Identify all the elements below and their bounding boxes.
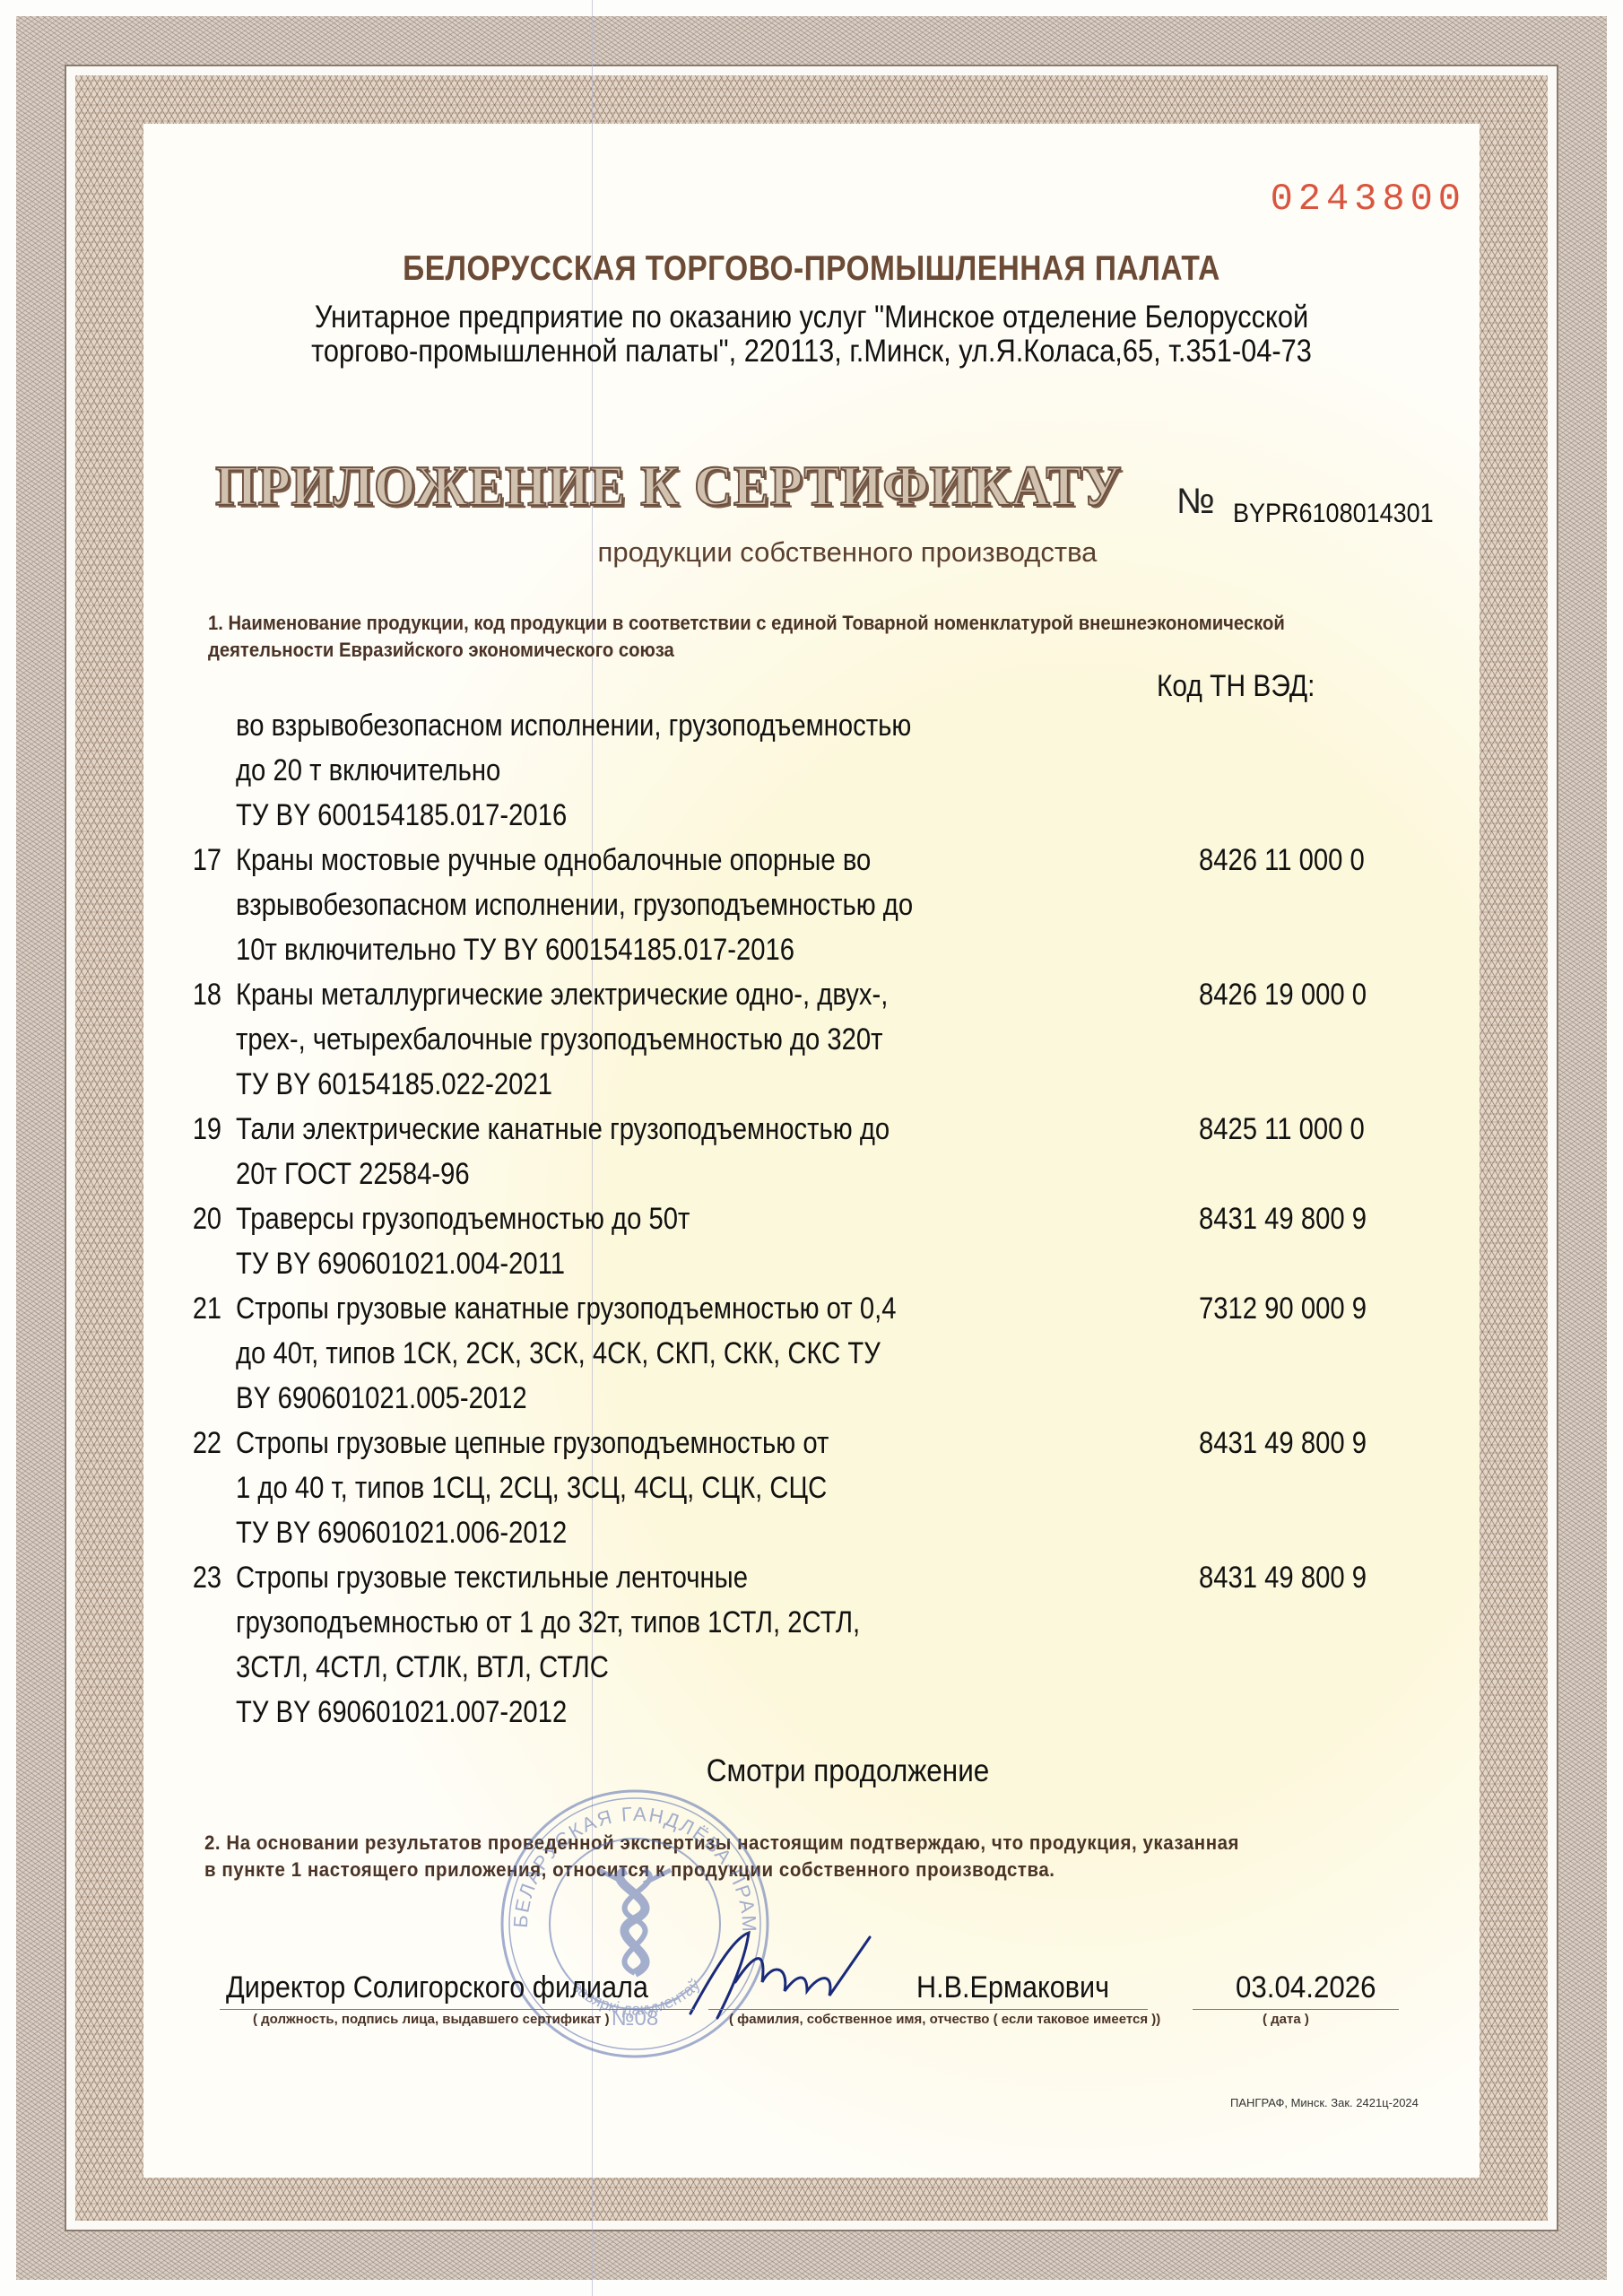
item-description-line: во взрывобезопасном исполнении, грузопод… (236, 703, 791, 748)
item-description-line: до 20 т включительно (236, 748, 791, 793)
product-item: 17Краны мостовые ручные однобалочные опо… (184, 838, 1439, 972)
item-description-line: 20т ГОСТ 22584-96 (236, 1152, 791, 1196)
item-number: 22 (189, 1421, 221, 1465)
item-description-line: Траверсы грузоподъемностью до 50т (236, 1196, 791, 1241)
item-description-line: ТУ BY 690601021.006-2012 (236, 1510, 791, 1555)
certificate-number: BYPR6108014301 (1233, 499, 1434, 529)
item-description-line: Тали электрические канатные грузоподъемн… (236, 1107, 791, 1152)
printer-imprint: ПАНГРАФ, Минск. Зак. 2421ц-2024 (1230, 2096, 1419, 2109)
item-number: 19 (189, 1107, 221, 1152)
item-description: во взрывобезопасном исполнении, грузопод… (236, 703, 791, 838)
item-description-line: грузоподъемностью от 1 до 32т, типов 1СТ… (236, 1600, 791, 1645)
item-description-line: ТУ BY 60154185.022-2021 (236, 1062, 791, 1107)
item-description: Стропы грузовые канатные грузоподъемност… (236, 1286, 791, 1421)
item-description: Траверсы грузоподъемностью до 50тТУ BY 6… (236, 1196, 791, 1286)
serial-number: 0243800 (1271, 178, 1466, 221)
item-hs-code: 8425 11 000 0 (1199, 1107, 1365, 1152)
document-title: ПРИЛОЖЕНИЕ К СЕРТИФИКАТУ (215, 453, 1123, 519)
item-hs-code: 8431 49 800 9 (1199, 1421, 1367, 1465)
item-number: 21 (189, 1286, 221, 1331)
hs-code-header: Код ТН ВЭД: (1157, 669, 1315, 704)
item-description-line: трех-, четырехбалочные грузоподъемностью… (236, 1017, 791, 1062)
section1-heading: 1. Наименование продукции, код продукции… (208, 610, 1330, 664)
item-number: 23 (189, 1555, 221, 1600)
product-item: 23Стропы грузовые текстильные ленточныег… (184, 1555, 1439, 1735)
caption-date: ( дата ) (1263, 2012, 1309, 2027)
item-description: Краны металлургические электрические одн… (236, 972, 791, 1107)
section2-line1: 2. На основании результатов проведенной … (204, 1830, 1339, 1857)
number-sign: № (1176, 482, 1215, 522)
caption-name: ( фамилия, собственное имя, отчество ( е… (729, 2012, 1160, 2027)
organization-subtitle-line2: торгово-промышленной палаты", 220113, г.… (98, 334, 1526, 370)
caption-role: ( должность, подпись лица, выдавшего сер… (253, 2012, 610, 2027)
item-description-line: Краны металлургические электрические одн… (236, 972, 791, 1017)
product-item: 20Траверсы грузоподъемностью до 50тТУ BY… (184, 1196, 1439, 1286)
product-item: 22Стропы грузовые цепные грузоподъемност… (184, 1421, 1439, 1555)
item-description: Стропы грузовые текстильные ленточныегру… (236, 1555, 791, 1735)
item-hs-code: 8431 49 800 9 (1199, 1555, 1367, 1600)
section2-line2: в пункте 1 настоящего приложения, относи… (204, 1857, 1339, 1883)
item-description-line: ТУ BY 600154185.017-2016 (236, 793, 791, 838)
item-hs-code: 7312 90 000 9 (1199, 1286, 1367, 1331)
product-item: 21Стропы грузовые канатные грузоподъемно… (184, 1286, 1439, 1421)
item-description-line: Стропы грузовые канатные грузоподъемност… (236, 1286, 791, 1331)
item-hs-code: 8426 19 000 0 (1199, 972, 1367, 1017)
item-description-line: Стропы грузовые текстильные ленточные (236, 1555, 791, 1600)
signature-date: 03.04.2026 (1236, 1970, 1376, 2005)
item-description-line: ТУ BY 690601021.004-2011 (236, 1241, 791, 1286)
item-description-line: ТУ BY 690601021.007-2012 (236, 1690, 791, 1735)
item-description-line: BY 690601021.005-2012 (236, 1376, 791, 1421)
item-number: 17 (189, 838, 221, 883)
product-list: во взрывобезопасном исполнении, грузопод… (184, 703, 1439, 1735)
item-description-line: 10т включительно ТУ BY 600154185.017-201… (236, 927, 791, 972)
item-description: Стропы грузовые цепные грузоподъемностью… (236, 1421, 791, 1555)
document-subtitle: продукции собственного производства (0, 536, 1623, 569)
signer-name: Н.В.Ермакович (916, 1970, 1109, 2005)
item-description: Тали электрические канатные грузоподъемн… (236, 1107, 791, 1196)
item-description: Краны мостовые ручные однобалочные опорн… (236, 838, 791, 972)
item-number: 20 (189, 1196, 221, 1241)
item-hs-code: 8431 49 800 9 (1199, 1196, 1367, 1241)
item-description-line: взрывобезопасном исполнении, грузоподъем… (236, 883, 791, 927)
item-hs-code: 8426 11 000 0 (1199, 838, 1365, 883)
item-number: 18 (189, 972, 221, 1017)
product-item: 18Краны металлургические электрические о… (184, 972, 1439, 1107)
organization-subtitle-line1: Унитарное предприятие по оказанию услуг … (98, 300, 1526, 335)
continue-note: Смотри продолжение (82, 1753, 1542, 1789)
item-description-line: 1 до 40 т, типов 1СЦ, 2СЦ, 3СЦ, 4СЦ, СЦК… (236, 1465, 791, 1510)
product-item: во взрывобезопасном исполнении, грузопод… (184, 703, 1439, 838)
signature-underline-name (708, 2009, 1148, 2010)
organization-title: БЕЛОРУССКАЯ ТОРГОВО-ПРОМЫШЛЕННАЯ ПАЛАТА (114, 249, 1510, 289)
section2-statement: 2. На основании результатов проведенной … (204, 1830, 1339, 1883)
signature-underline-role (220, 2009, 695, 2010)
signature-underline-date (1193, 2009, 1399, 2010)
item-description-line: до 40т, типов 1СК, 2СК, 3СК, 4СК, СКП, С… (236, 1331, 791, 1376)
item-description-line: Краны мостовые ручные однобалочные опорн… (236, 838, 791, 883)
item-description-line: 3СТЛ, 4СТЛ, СТЛК, ВТЛ, СТЛС (236, 1645, 791, 1690)
item-description-line: Стропы грузовые цепные грузоподъемностью… (236, 1421, 791, 1465)
signer-role: Директор Солигорского филиала (226, 1970, 648, 2005)
product-item: 19Тали электрические канатные грузоподъе… (184, 1107, 1439, 1196)
